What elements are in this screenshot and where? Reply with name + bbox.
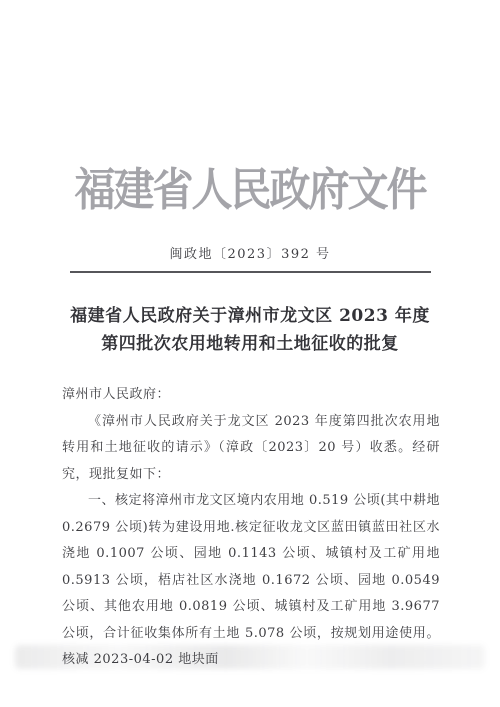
document-title-line2: 第四批次农用地转用和土地征收的批复	[101, 334, 399, 354]
letterhead-title: 福建省人民政府文件	[0, 153, 500, 218]
letterhead-divider	[70, 271, 431, 273]
document-title-line1: 福建省人民政府关于漳州市龙文区 2023 年度	[70, 306, 430, 326]
document-body: 漳州市人民政府： 《漳州市人民政府关于龙文区 2023 年度第四批次农用地转用和…	[62, 382, 440, 674]
document-number: 闽政地〔2023〕392 号	[0, 243, 500, 262]
document-page: 福建省人民政府文件 闽政地〔2023〕392 号 福建省人民政府关于漳州市龙文区…	[0, 0, 500, 707]
scan-smudge-artifact	[15, 645, 485, 669]
salutation: 漳州市人民政府：	[62, 382, 440, 409]
body-paragraph-1: 《漳州市人民政府关于龙文区 2023 年度第四批次农用地转用和土地征收的请示》（…	[62, 409, 440, 489]
document-title: 福建省人民政府关于漳州市龙文区 2023 年度 第四批次农用地转用和土地征收的批…	[0, 302, 500, 358]
